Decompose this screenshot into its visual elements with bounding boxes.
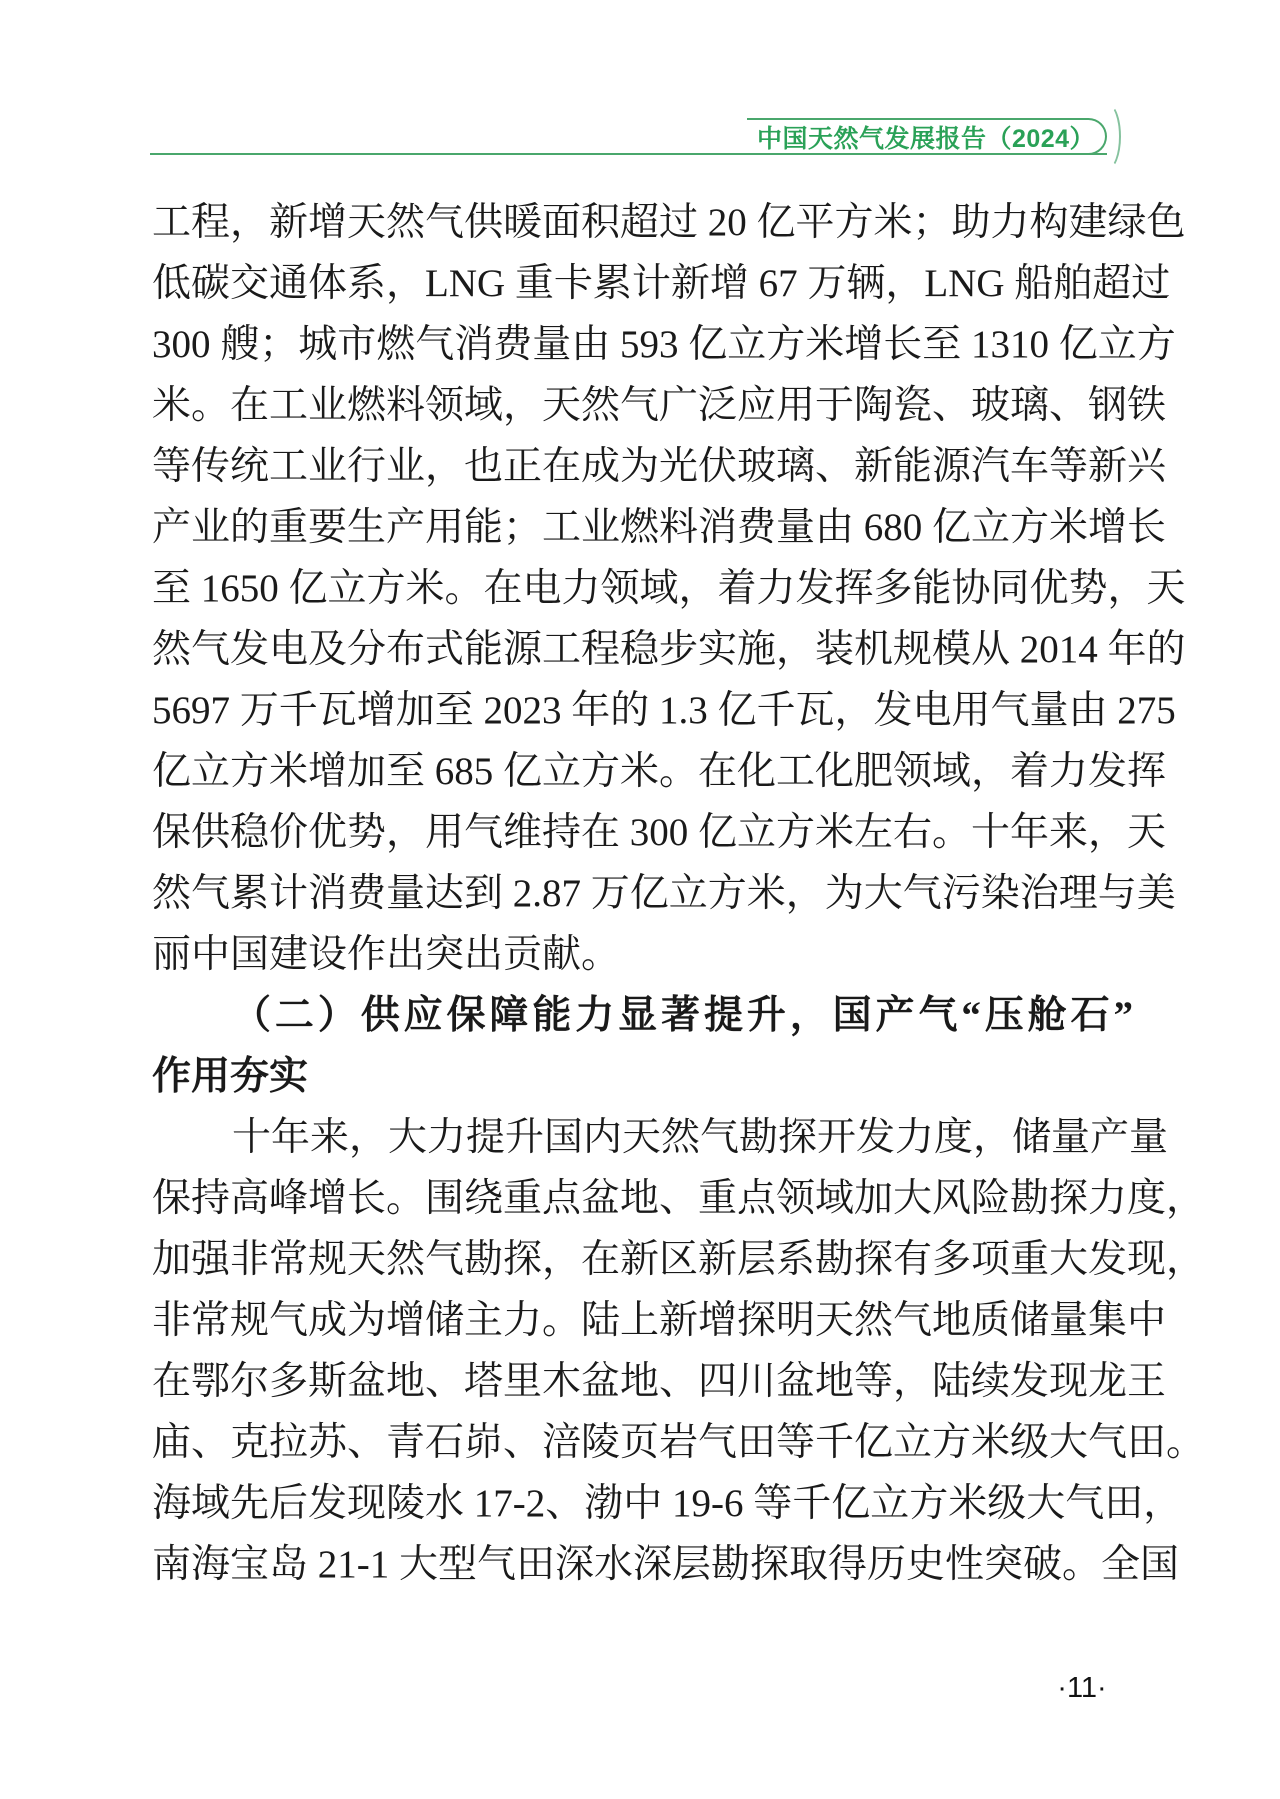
body-line: 米。在工业燃料领域，天然气广泛应用于陶瓷、玻璃、钢铁 — [152, 375, 1133, 436]
header-title-box: 中国天然气发展报告（2024） — [747, 118, 1107, 155]
body-line: 加强非常规天然气勘探，在新区新层系勘探有多项重大发现， — [152, 1229, 1133, 1290]
body-line: 亿立方米增加至 685 亿立方米。在化工化肥领域，着力发挥 — [152, 741, 1133, 802]
section-heading-line: （二）供应保障能力显著提升，国产气“压舱石” — [152, 985, 1133, 1046]
body-line: 十年来，大力提升国内天然气勘探开发力度，储量产量 — [152, 1107, 1133, 1168]
body-line: 在鄂尔多斯盆地、塔里木盆地、四川盆地等，陆续发现龙王 — [152, 1351, 1133, 1412]
document-page: 中国天然气发展报告（2024） 工程，新增天然气供暖面积超过 20 亿平方米；助… — [0, 0, 1280, 1799]
body-line: 然气累计消费量达到 2.87 万亿立方米，为大气污染治理与美 — [152, 863, 1133, 924]
body-line: 5697 万千瓦增加至 2023 年的 1.3 亿千瓦，发电用气量由 275 — [152, 680, 1133, 741]
body-line: 非常规气成为增储主力。陆上新增探明天然气地质储量集中 — [152, 1290, 1133, 1351]
body-line: 工程，新增天然气供暖面积超过 20 亿平方米；助力构建绿色 — [152, 192, 1133, 253]
body-line: 海域先后发现陵水 17-2、渤中 19-6 等千亿立方米级大气田， — [152, 1473, 1133, 1534]
report-title: 中国天然气发展报告（2024） — [757, 119, 1095, 155]
page-number: ·11· — [1050, 1672, 1114, 1705]
body-line: 南海宝岛 21-1 大型气田深水深层勘探取得历史性突破。全国 — [152, 1534, 1133, 1595]
body-line: 保供稳价优势，用气维持在 300 亿立方米左右。十年来，天 — [152, 802, 1133, 863]
body-line: 等传统工业行业，也正在成为光伏玻璃、新能源汽车等新兴 — [152, 436, 1133, 497]
body-line: 丽中国建设作出突出贡献。 — [152, 924, 1133, 985]
body-line: 至 1650 亿立方米。在电力领域，着力发挥多能协同优势，天 — [152, 558, 1133, 619]
section-heading-line: 作用夯实 — [152, 1046, 1133, 1107]
page-body: 工程，新增天然气供暖面积超过 20 亿平方米；助力构建绿色 低碳交通体系，LNG… — [152, 192, 1133, 1595]
body-line: 产业的重要生产用能；工业燃料消费量由 680 亿立方米增长 — [152, 497, 1133, 558]
body-line: 300 艘；城市燃气消费量由 593 亿立方米增长至 1310 亿立方 — [152, 314, 1133, 375]
body-line: 低碳交通体系，LNG 重卡累计新增 67 万辆，LNG 船舶超过 — [152, 253, 1133, 314]
body-line: 保持高峰增长。围绕重点盆地、重点领域加大风险勘探力度， — [152, 1168, 1133, 1229]
body-line: 然气发电及分布式能源工程稳步实施，装机规模从 2014 年的 — [152, 619, 1133, 680]
body-line: 庙、克拉苏、青石峁、涪陵页岩气田等千亿立方米级大气田。 — [152, 1412, 1133, 1473]
